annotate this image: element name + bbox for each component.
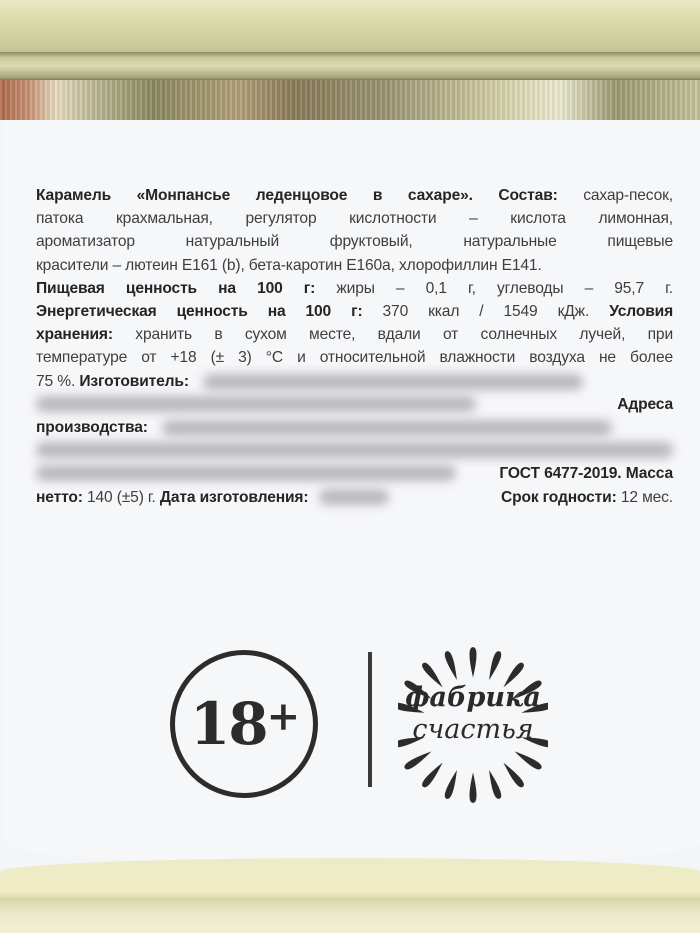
tin-metal-band-top (0, 80, 700, 120)
storage-label-part2: хранения: (36, 326, 113, 343)
energy-value: 370 ккал / 1549 кДж. (383, 303, 590, 320)
net-weight-value: 140 (±5) г. (87, 489, 156, 506)
tin-metal-band-bottom (0, 858, 700, 933)
net-weight-label-part1: Масса (626, 465, 673, 482)
nutrition-value: жиры – 0,1 г, углеводы – 95,7 г. (336, 280, 673, 297)
composition-line-4: красители – лютеин Е161 (b), бета-кароти… (36, 254, 673, 277)
manufacturer-redacted (203, 374, 583, 390)
net-weight-label-part2: нетто: (36, 489, 83, 506)
brand-name-line2: счастья (398, 714, 548, 745)
brand-logo: фабрика счастья (398, 640, 598, 810)
production-address-redacted (162, 420, 612, 436)
shelf-life-value: 12 мес. (621, 489, 673, 506)
manufacturer-line: 75 %. Изготовитель: (36, 370, 673, 393)
production-date-label: Дата изготовления: (160, 489, 309, 506)
logo-row: 18+ фабрика счастья (170, 640, 590, 810)
production-address-label-part2: производства: (36, 419, 148, 436)
energy-label: Энергетическая ценность на 100 г: (36, 303, 363, 320)
nutrition-label: Пищевая ценность на 100 г: (36, 280, 315, 297)
composition-start: сахар-песок, (583, 187, 673, 204)
manufacturer-label: Изготовитель: (79, 373, 189, 390)
storage-label-part1: Условия (609, 303, 673, 320)
production-address-label-part1: Адреса (617, 393, 673, 416)
composition-line-2: патока крахмальная, регулятор кислотност… (36, 207, 673, 230)
gost-and-mass: ГОСТ 6477-2019. Масса (499, 462, 673, 485)
storage-humidity-end: 75 %. (36, 373, 75, 390)
redacted-text (36, 442, 673, 458)
energy-line: Энергетическая ценность на 100 г: 370 кк… (36, 300, 673, 323)
product-info-text: Карамель «Монпансье леденцовое в сахаре»… (36, 184, 673, 509)
net-weight: нетто: 140 (±5) г. Дата изготовления: (36, 486, 389, 509)
brand-name-line1: фабрика (398, 682, 548, 713)
redacted-text (36, 396, 476, 412)
redacted-row (36, 439, 673, 462)
gost-standard: ГОСТ 6477-2019. (499, 465, 621, 482)
storage-line-1: хранения: хранить в сухом месте, вдали о… (36, 323, 673, 346)
product-title: Карамель «Монпансье леденцовое в сахаре»… (36, 187, 558, 204)
nutrition-line: Пищевая ценность на 100 г: жиры – 0,1 г,… (36, 277, 673, 300)
manufacturer-redacted-row: Адреса (36, 393, 673, 416)
logo-divider (368, 652, 372, 787)
shelf-life-label: Срок годности: (501, 489, 617, 506)
composition-line-3: ароматизатор натуральный фруктовый, нату… (36, 230, 673, 253)
production-date-redacted (319, 489, 389, 505)
tin-lid-rim (0, 52, 700, 80)
age-rating-badge: 18+ (170, 650, 318, 798)
production-address-line: производства: (36, 416, 673, 439)
shelf-life: Срок годности: 12 мес. (501, 486, 673, 509)
gost-row: ГОСТ 6477-2019. Масса (36, 462, 673, 485)
redacted-text (36, 465, 456, 481)
composition-line-1: Карамель «Монпансье леденцовое в сахаре»… (36, 184, 673, 207)
age-rating-text: 18+ (190, 690, 298, 758)
storage-line-2: температуре от +18 (± 3) °С и относитель… (36, 346, 673, 369)
weight-date-row: нетто: 140 (±5) г. Дата изготовления: Ср… (36, 486, 673, 509)
storage-value-1: хранить в сухом месте, вдали от солнечны… (135, 326, 673, 343)
